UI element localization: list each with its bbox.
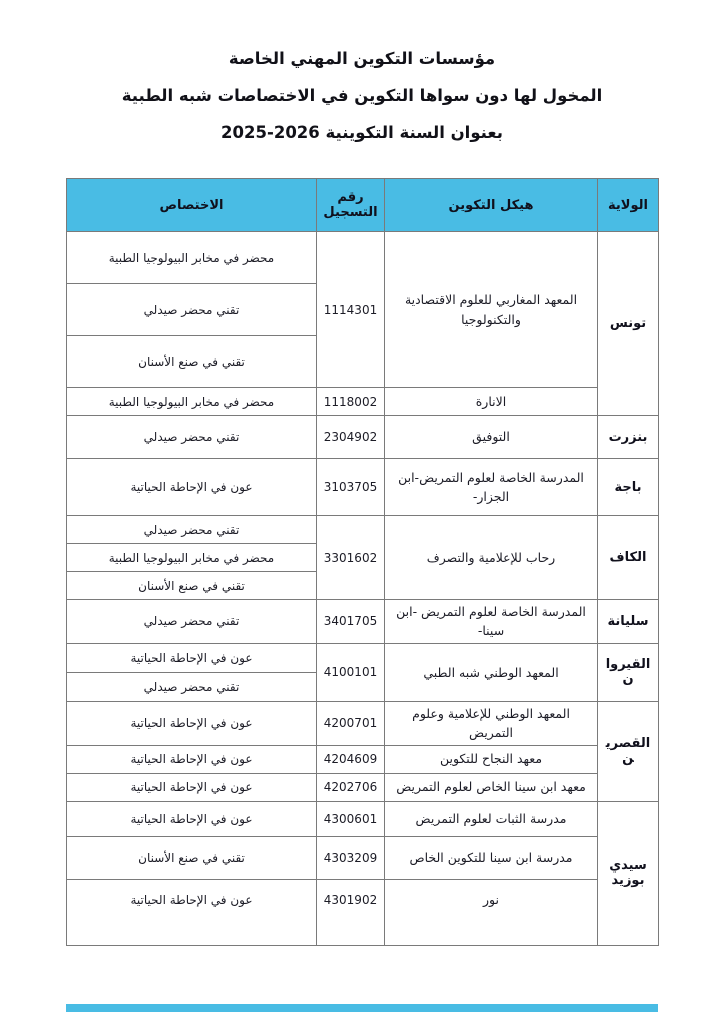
reg-number-cell: 1114301	[317, 232, 385, 388]
institution-cell: المعهد الوطني شبه الطبي	[385, 643, 598, 701]
specialty-cell: عون في الإحاطة الحياتية	[67, 643, 317, 672]
table-row: معهد ابن سينا الخاص لعلوم التمريض4202706…	[67, 773, 659, 801]
specialty-cell: تقني محضر صيدلي	[67, 284, 317, 336]
reg-number-cell: 4202706	[317, 773, 385, 801]
table-row: سليانةالمدرسة الخاصة لعلوم التمريض -ابن …	[67, 600, 659, 644]
wilaya-cell: سيدي بوزيد	[598, 801, 659, 945]
wilaya-cell: القيروان	[598, 643, 659, 701]
header-reg-no: رقم التسجيل	[317, 179, 385, 232]
specialty-cell: تقني محضر صيدلي	[67, 416, 317, 459]
specialty-cell: عون في الإحاطة الحياتية	[67, 701, 317, 745]
document-page: مؤسسات التكوين المهني الخاصة المخول لها …	[0, 0, 724, 1024]
institutions-table: الولاية هيكل التكوين رقم التسجيل الاختصا…	[66, 178, 659, 946]
footer-accent-bar	[66, 1004, 658, 1012]
header-wilaya: الولاية	[598, 179, 659, 232]
institution-cell: المدرسة الخاصة لعلوم التمريض -ابن سينا-	[385, 600, 598, 644]
institution-cell: المدرسة الخاصة لعلوم التمريض-ابن الجزار-	[385, 459, 598, 516]
table-row: الانارة1118002محضر في مخابر البيولوجيا ا…	[67, 388, 659, 416]
wilaya-cell: بنزرت	[598, 416, 659, 459]
specialty-cell: محضر في مخابر البيولوجيا الطبية	[67, 388, 317, 416]
table-row: مدرسة ابن سينا للتكوين الخاص4303209تقني …	[67, 836, 659, 879]
institution-cell: رحاب للإعلامية والتصرف	[385, 516, 598, 600]
specialty-cell: عون في الإحاطة الحياتية	[67, 745, 317, 773]
table-row: بنزرتالتوفيق2304902تقني محضر صيدلي	[67, 416, 659, 459]
specialty-cell: تقني محضر صيدلي	[67, 516, 317, 544]
table-body: تونسالمعهد المغاربي للعلوم الاقتصادية وا…	[67, 232, 659, 946]
table-row: تونسالمعهد المغاربي للعلوم الاقتصادية وا…	[67, 232, 659, 284]
institution-cell: المعهد المغاربي للعلوم الاقتصادية والتكن…	[385, 232, 598, 388]
reg-number-cell: 3301602	[317, 516, 385, 600]
header-structure: هيكل التكوين	[385, 179, 598, 232]
institution-cell: نور	[385, 879, 598, 945]
wilaya-cell: باجة	[598, 459, 659, 516]
title-line-1: مؤسسات التكوين المهني الخاصة	[0, 40, 724, 77]
specialty-cell: تقني في صنع الأسنان	[67, 336, 317, 388]
table-row: القصرينالمعهد الوطني للإعلامية وعلوم الت…	[67, 701, 659, 745]
specialty-cell: محضر في مخابر البيولوجيا الطبية	[67, 544, 317, 572]
reg-number-cell: 3401705	[317, 600, 385, 644]
table-header-row: الولاية هيكل التكوين رقم التسجيل الاختصا…	[67, 179, 659, 232]
institution-cell: الانارة	[385, 388, 598, 416]
header-specialty: الاختصاص	[67, 179, 317, 232]
specialty-cell: محضر في مخابر البيولوجيا الطبية	[67, 232, 317, 284]
table-row: نور4301902عون في الإحاطة الحياتية	[67, 879, 659, 945]
document-title: مؤسسات التكوين المهني الخاصة المخول لها …	[0, 40, 724, 151]
table-row: معهد النجاح للتكوين4204609عون في الإحاطة…	[67, 745, 659, 773]
specialty-cell: عون في الإحاطة الحياتية	[67, 773, 317, 801]
reg-number-cell: 4100101	[317, 643, 385, 701]
reg-number-cell: 3103705	[317, 459, 385, 516]
table-row: القيروانالمعهد الوطني شبه الطبي4100101عو…	[67, 643, 659, 672]
specialty-cell: تقني محضر صيدلي	[67, 672, 317, 701]
title-line-3: بعنوان السنة التكوينية 2026-2025	[0, 114, 724, 151]
table-row: باجةالمدرسة الخاصة لعلوم التمريض-ابن الج…	[67, 459, 659, 516]
table-row: الكافرحاب للإعلامية والتصرف3301602تقني م…	[67, 516, 659, 544]
reg-number-cell: 4301902	[317, 879, 385, 945]
title-line-2: المخول لها دون سواها التكوين في الاختصاص…	[0, 77, 724, 114]
specialty-cell: تقني في صنع الأسنان	[67, 572, 317, 600]
specialty-cell: تقني محضر صيدلي	[67, 600, 317, 644]
wilaya-cell: الكاف	[598, 516, 659, 600]
institution-cell: معهد ابن سينا الخاص لعلوم التمريض	[385, 773, 598, 801]
specialty-cell: عون في الإحاطة الحياتية	[67, 801, 317, 836]
reg-number-cell: 4204609	[317, 745, 385, 773]
reg-number-cell: 4300601	[317, 801, 385, 836]
institution-cell: معهد النجاح للتكوين	[385, 745, 598, 773]
specialty-cell: عون في الإحاطة الحياتية	[67, 879, 317, 945]
institution-cell: مدرسة ابن سينا للتكوين الخاص	[385, 836, 598, 879]
wilaya-cell: تونس	[598, 232, 659, 416]
reg-number-cell: 4303209	[317, 836, 385, 879]
reg-number-cell: 1118002	[317, 388, 385, 416]
institution-cell: المعهد الوطني للإعلامية وعلوم التمريض	[385, 701, 598, 745]
reg-number-cell: 4200701	[317, 701, 385, 745]
specialty-cell: عون في الإحاطة الحياتية	[67, 459, 317, 516]
wilaya-cell: القصرين	[598, 701, 659, 801]
specialty-cell: تقني في صنع الأسنان	[67, 836, 317, 879]
wilaya-cell: سليانة	[598, 600, 659, 644]
institution-cell: مدرسة الثبات لعلوم التمريض	[385, 801, 598, 836]
institution-cell: التوفيق	[385, 416, 598, 459]
reg-number-cell: 2304902	[317, 416, 385, 459]
table-row: سيدي بوزيدمدرسة الثبات لعلوم التمريض4300…	[67, 801, 659, 836]
